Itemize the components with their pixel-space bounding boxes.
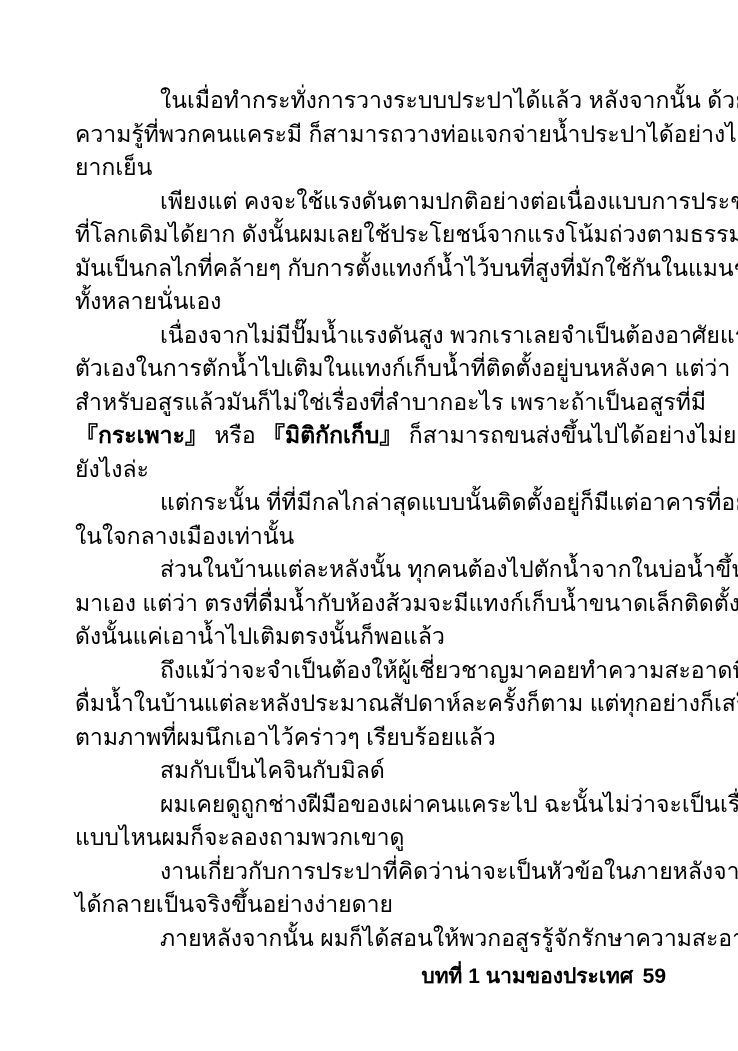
text-line: ได้กลายเป็นจริงขึ้นอย่างง่ายดาย — [75, 888, 668, 922]
text-line: ตัวเองในการตักน้ำไปเติมในแทงก์เก็บน้ำที่… — [75, 352, 668, 386]
text-line: แต่กระนั้น ที่ที่มีกลไกล่าสุดแบบนั้นติดต… — [75, 486, 668, 520]
text-line: ส่วนในบ้านแต่ละหลังนั้น ทุกคนต้องไปตักน้… — [75, 553, 668, 587]
text-line: สำหรับอสูรแล้วมันก็ไม่ใช่เรื่องที่ลำบากอ… — [75, 386, 668, 420]
bold-term: 『มิติกักเก็บ』 — [262, 422, 402, 448]
text-line: มันเป็นกลไกที่คล้ายๆ กับการตั้งแทงก์น้ำไ… — [75, 252, 668, 286]
text-line: ภายหลังจากนั้น ผมก็ได้สอนให้พวกอสูรรู้จั… — [75, 922, 668, 956]
book-page: ในเมื่อทำกระทั่งการวางระบบประปาได้แล้ว ห… — [0, 0, 738, 1051]
page-footer: บทที่ 1 นามของประเทศ59 — [421, 960, 666, 993]
text-line: ในใจกลางเมืองเท่านั้น — [75, 520, 668, 554]
text-line: ความรู้ที่พวกคนแคระมี ก็สามารถวางท่อแจกจ… — [75, 118, 668, 152]
chapter-title: บทที่ 1 นามของประเทศ — [421, 965, 633, 988]
text-segment: ก็สามารถขนส่งขึ้นไปได้อย่างไม่ยากเย็น — [402, 422, 738, 448]
text-line: เพียงแต่ คงจะใช้แรงดันตามปกติอย่างต่อเนื… — [75, 185, 668, 219]
text-line: ผมเคยดูถูกช่างฝีมือของเผ่าคนแคระไป ฉะนั้… — [75, 788, 668, 822]
text-line: มาเอง แต่ว่า ตรงที่ดื่มน้ำกับห้องส้วมจะม… — [75, 587, 668, 621]
text-line: ตามภาพที่ผมนึกเอาไว้คร่าวๆ เรียบร้อยแล้ว — [75, 721, 668, 755]
page-number: 59 — [643, 965, 666, 988]
text-line: ถึงแม้ว่าจะจำเป็นต้องให้ผู้เชี่ยวชาญมาคอ… — [75, 654, 668, 688]
text-line: เนื่องจากไม่มีปั๊มน้ำแรงดันสูง พวกเราเลย… — [75, 319, 668, 353]
text-line: งานเกี่ยวกับการประปาที่คิดว่าน่าจะเป็นหั… — [75, 855, 668, 889]
bold-term: 『กระเพาะ』 — [75, 422, 208, 448]
text-line: ยากเย็น — [75, 151, 668, 185]
text-line: 『กระเพาะ』 หรือ 『มิติกักเก็บ』 ก็สามารถขนส… — [75, 419, 668, 453]
text-line: ดื่มน้ำในบ้านแต่ละหลังประมาณสัปดาห์ละครั… — [75, 687, 668, 721]
text-line: แบบไหนผมก็จะลองถามพวกเขาดู — [75, 821, 668, 855]
text-line: ทั้งหลายนั่นเอง — [75, 285, 668, 319]
text-line: ในเมื่อทำกระทั่งการวางระบบประปาได้แล้ว ห… — [75, 84, 668, 118]
text-line: สมกับเป็นไคจินกับมิลด์ — [75, 754, 668, 788]
text-line: ที่โลกเดิมได้ยาก ดังนั้นผมเลยใช้ประโยชน์… — [75, 218, 668, 252]
text-line: ดังนั้นแค่เอาน้ำไปเติมตรงนั้นก็พอแล้ว — [75, 620, 668, 654]
text-segment: หรือ — [208, 422, 262, 448]
text-body: ในเมื่อทำกระทั่งการวางระบบประปาได้แล้ว ห… — [75, 84, 668, 955]
text-line: ยังไงล่ะ — [75, 453, 668, 487]
